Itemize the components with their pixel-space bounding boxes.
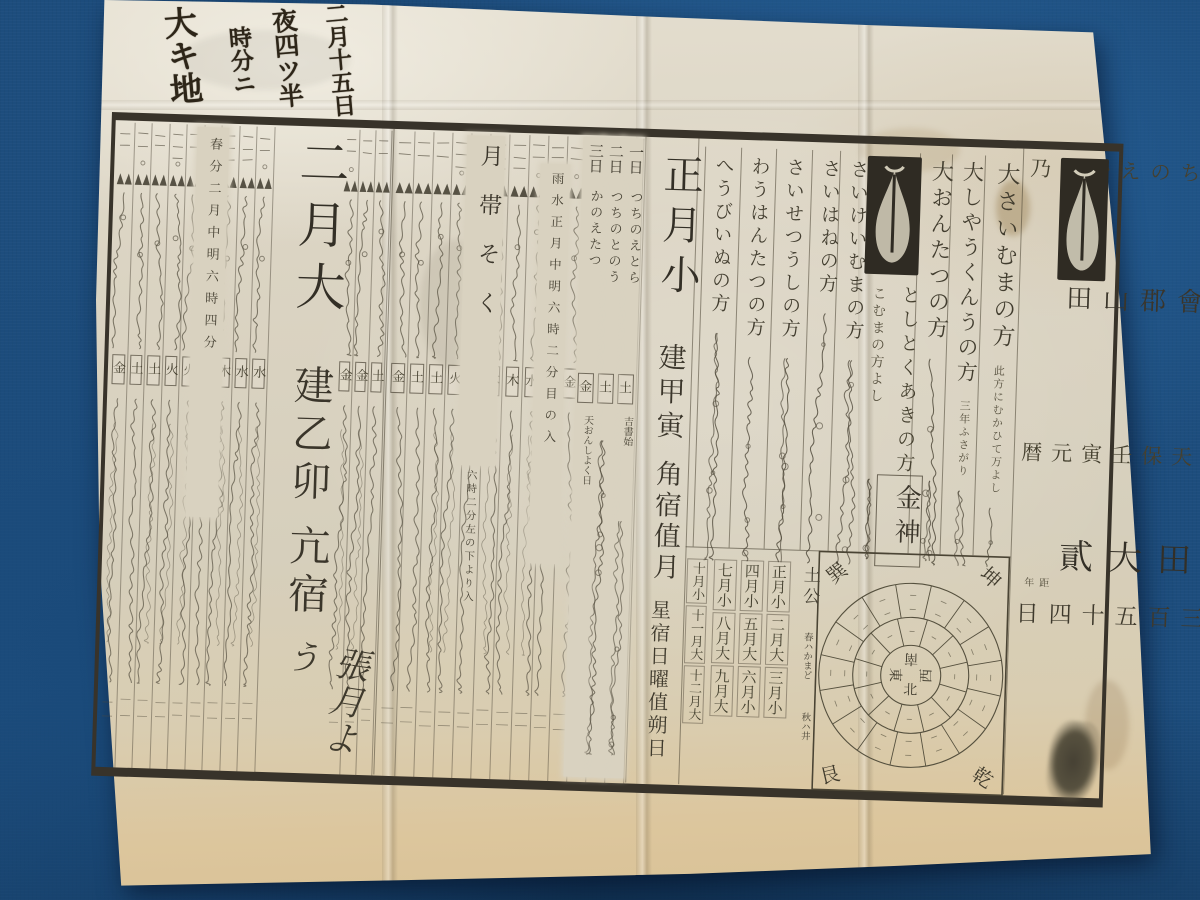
- month-group: 正月小 二月大 三月小: [763, 561, 793, 721]
- month-cell: 十一月大: [684, 605, 707, 664]
- kyonen-note: 距年: [1020, 577, 1050, 588]
- mansion-note: 星宿日曜值朔日: [641, 599, 675, 761]
- calendar-frame: 金土土火火木木水水 金金土 春分二月中明六時四分 二月大 建乙卯 亢宿 張月よう…: [91, 112, 1123, 807]
- wheel-center-label: 南: [904, 649, 919, 669]
- wheel-center-label: 西: [915, 669, 935, 684]
- element-box: 土: [429, 364, 444, 394]
- direction-label: さいせつうしの方: [776, 157, 809, 342]
- direction-label: 大おんたつの方: [920, 160, 957, 343]
- element-box: 金: [354, 362, 366, 392]
- month-list: 正月小 二月大 三月小 四月小 五月大 六月小 七月小 八月大 九月大 十月小 …: [680, 558, 793, 787]
- photo-scene: { "photo": { "background_color": "#1d4d7…: [0, 0, 1200, 900]
- day-stem: つちのえとら: [623, 190, 645, 287]
- dokou-note: 春ハかまど: [799, 632, 814, 680]
- month-cell: 三月小: [763, 667, 788, 719]
- year-length: 凡三百五十四日: [1008, 600, 1200, 634]
- toshitoku-crest-icon: [864, 156, 922, 276]
- direction-label: へうびいぬの方: [706, 155, 738, 317]
- element-box: 水: [234, 358, 248, 388]
- element-box: 土: [370, 362, 382, 392]
- month-cell: 九月大: [709, 665, 734, 717]
- month-group: 七月小 八月大 九月大: [709, 559, 739, 719]
- month-cell: 四月小: [740, 560, 765, 612]
- lunar-mansion: 亢宿: [275, 523, 337, 621]
- day-stem: つちのとのう: [603, 190, 625, 287]
- element-box: 木: [505, 366, 520, 396]
- solar-term-label: 春分二月中明六時四分: [198, 137, 224, 357]
- publisher-crest-icon: [1057, 158, 1109, 281]
- month-cell: 七月小: [713, 559, 738, 611]
- konjin-label: 金神: [887, 484, 926, 553]
- element-box: 金: [577, 373, 593, 403]
- fold-crease-horizontal: [96, 100, 1146, 110]
- month-group: 十月小 十一月大 十二月大: [682, 558, 712, 726]
- note-column: 大キ地: [154, 4, 209, 107]
- day-note: 吉書始: [619, 416, 635, 446]
- month-cell: 正月小: [767, 561, 792, 613]
- publisher-name: 冨田大貳: [1048, 538, 1200, 586]
- base-calendar-line: 天保壬寅元暦: [1015, 441, 1196, 472]
- day-label: 二日: [605, 144, 627, 175]
- wheel-center-label: 東: [885, 668, 905, 683]
- dokou-note: 秋ハ井: [797, 712, 812, 741]
- moon-phase-note: 張月よう: [258, 635, 377, 781]
- element-box: 水: [252, 359, 266, 389]
- month-builder: 建甲寅: [648, 342, 691, 445]
- day-stem: かのえたつ: [583, 189, 605, 270]
- eclipse-title: 月帯そく: [468, 143, 507, 340]
- element-box: 土: [410, 364, 425, 394]
- element-box: 土: [617, 374, 633, 404]
- month-cell: 十二月大: [682, 665, 705, 724]
- direction-label: 大さいむまの方: [985, 162, 1024, 352]
- month-title: 二月大: [280, 135, 358, 323]
- month-group: 四月小 五月大 六月小: [736, 560, 766, 720]
- month-cell: 二月大: [765, 614, 790, 666]
- direction-note: 三年ふさがり: [954, 400, 972, 478]
- direction-label: わうはんたつの方: [741, 156, 774, 341]
- element-box: 金: [390, 363, 405, 393]
- element-box: 土: [147, 355, 161, 385]
- solar-term-label: 雨水正月中明六時二分目の入: [540, 172, 567, 452]
- toshitoku-sub-label: こむまの方よし: [865, 286, 889, 406]
- element-box: 土: [129, 355, 143, 385]
- direction-note: 此方にむかひて万よし: [986, 365, 1006, 495]
- ink-smudge: [1043, 718, 1102, 805]
- month-cell: 十月小: [686, 558, 708, 604]
- day-label: 一日: [625, 144, 647, 175]
- day-note: 天おんしよく日: [578, 415, 595, 485]
- compass-wheel: 巽 坤 艮 乾 南 西 北 東: [811, 550, 1010, 796]
- month-cell: 八月大: [711, 612, 736, 664]
- day-label: 三日: [585, 143, 607, 174]
- element-box: 金: [111, 354, 125, 384]
- lunar-mansion: 角宿值月: [643, 459, 686, 584]
- note-column: 時分ニ: [221, 25, 260, 97]
- direction-label: さいはねの方: [814, 158, 845, 297]
- month-cell: 五月大: [738, 613, 763, 665]
- month-builder: 建乙卯: [279, 364, 340, 510]
- element-box: 土: [597, 373, 613, 403]
- month-cell: 六月小: [736, 666, 761, 718]
- element-box: 火: [164, 356, 178, 386]
